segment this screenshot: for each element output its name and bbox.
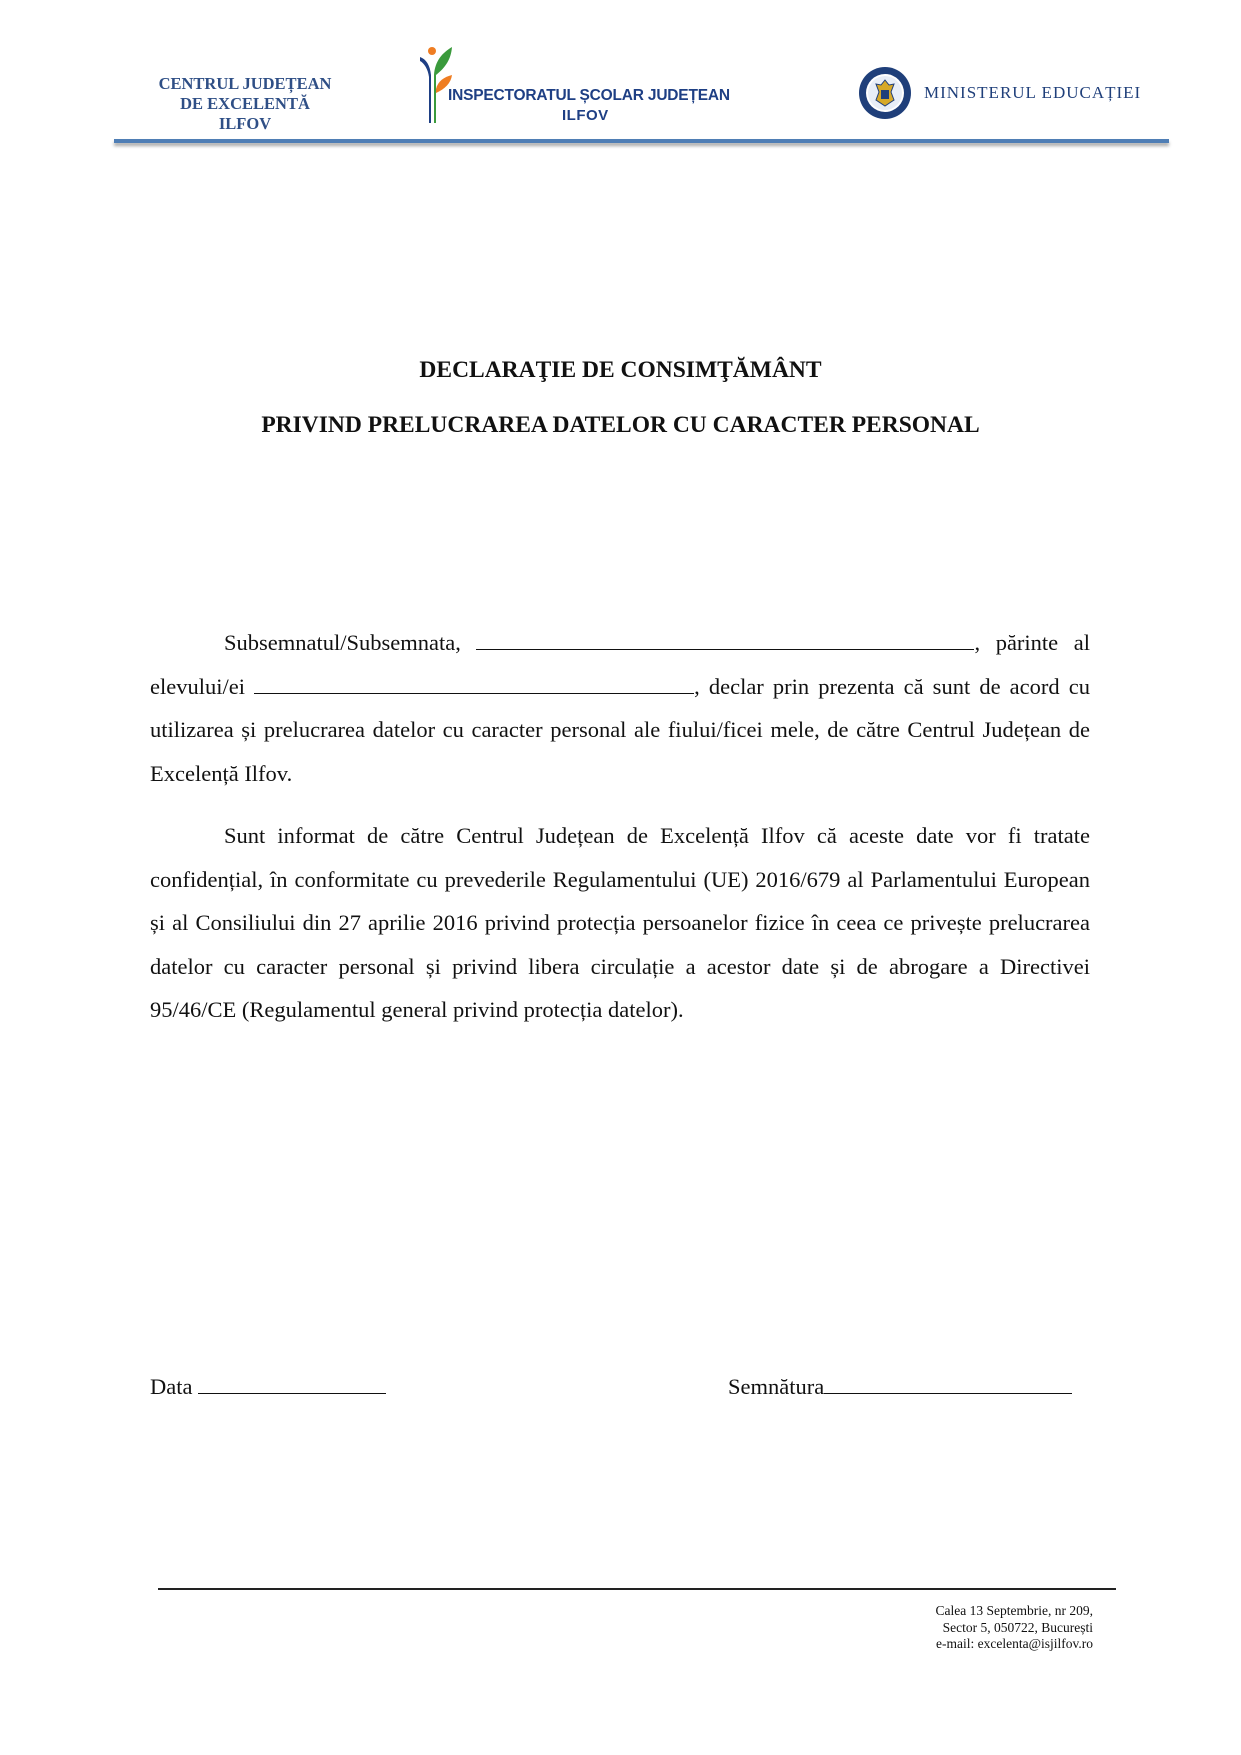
document-subtitle: PRIVIND PRELUCRAREA DATELOR CU CARACTER … [0, 412, 1241, 439]
ministry-logo: MINISTERUL EDUCAȚIEI [858, 66, 1178, 126]
isj-logo-subtitle: ILFOV [562, 107, 609, 124]
header-org-name: CENTRUL JUDEȚEAN DE EXCELENTĂ ILFOV [140, 74, 350, 134]
student-name-field[interactable] [254, 671, 694, 694]
parent-name-field[interactable] [476, 627, 974, 650]
consent-prefix: Subsemnatul/Subsemnata, [224, 630, 476, 655]
isj-logo: INSPECTORATUL ȘCOLAR JUDEȚEAN ILFOV [418, 45, 738, 135]
date-label: Data [150, 1374, 198, 1399]
header-org-line2: DE EXCELENTĂ [140, 94, 350, 114]
isj-logo-title: INSPECTORATUL ȘCOLAR JUDEȚEAN [448, 87, 730, 105]
consent-paragraph: Subsemnatul/Subsemnata, , părinte al ele… [150, 621, 1090, 795]
government-seal-icon [858, 66, 912, 120]
signature-field[interactable] [824, 1371, 1072, 1394]
gdpr-text: Sunt informat de către Centrul Județean … [150, 814, 1090, 1032]
isj-sprout-logo-icon [418, 45, 454, 125]
footer-divider [158, 1588, 1116, 1590]
signature-label: Semnătura [728, 1374, 824, 1399]
header-org-line3: ILFOV [140, 114, 350, 134]
header-divider [114, 139, 1169, 143]
footer-address-line2: Sector 5, 050722, București [860, 1620, 1093, 1637]
header-org-line1: CENTRUL JUDEȚEAN [140, 74, 350, 94]
date-field[interactable] [198, 1371, 386, 1394]
signature-block: Semnătura [728, 1371, 1072, 1400]
footer-address-line1: Calea 13 Septembrie, nr 209, [860, 1603, 1093, 1620]
ministry-title: MINISTERUL EDUCAȚIEI [924, 83, 1141, 103]
date-block: Data [150, 1371, 386, 1400]
footer-email[interactable]: e-mail: excelenta@isjilfov.ro [860, 1636, 1093, 1653]
footer-address: Calea 13 Septembrie, nr 209, Sector 5, 0… [860, 1603, 1093, 1653]
gdpr-paragraph: Sunt informat de către Centrul Județean … [150, 814, 1090, 1032]
document-title: DECLARAŢIE DE CONSIMŢĂMÂNT [0, 357, 1241, 384]
